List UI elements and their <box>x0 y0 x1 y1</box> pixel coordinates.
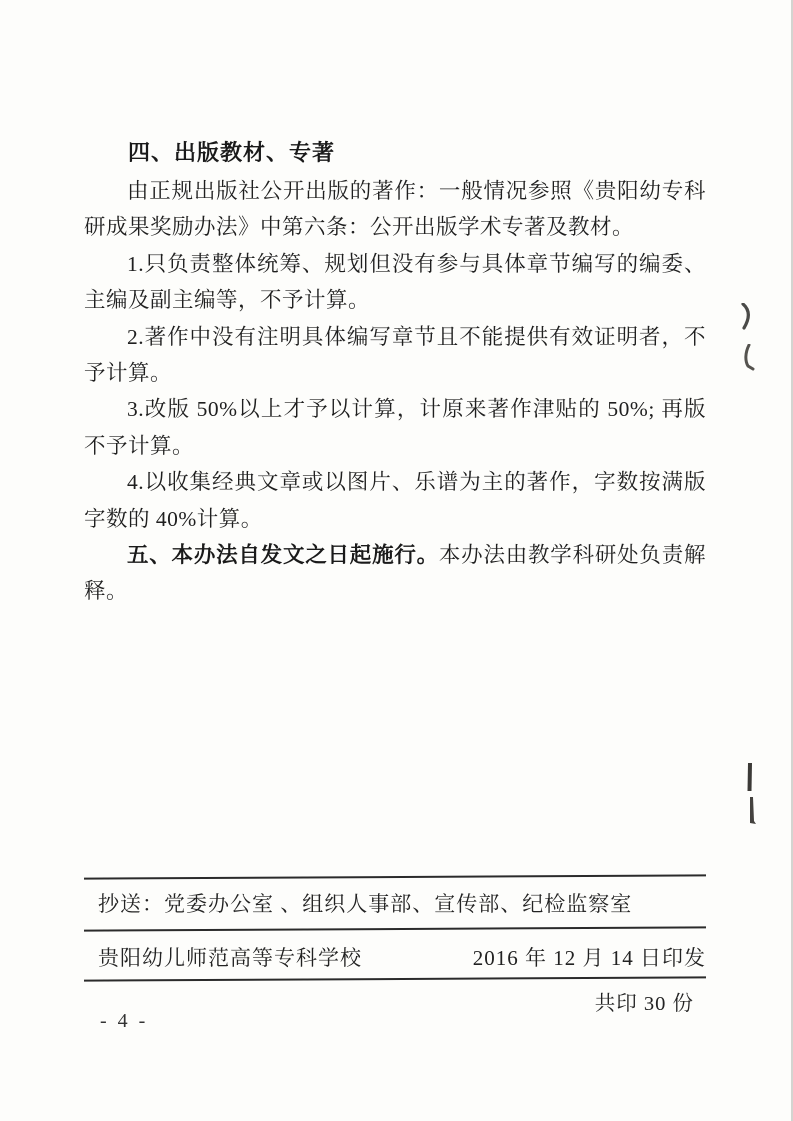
body-paragraph: 2.著作中没有注明具体编写章节且不能提供有效证明者，不予计算。 <box>84 319 706 392</box>
scan-artifact-mark <box>740 303 754 331</box>
closing-bold-text: 五、本办法自发文之日起施行。 <box>127 543 439 567</box>
print-date: 2016 年 12 月 14 日印发 <box>473 942 706 972</box>
footer-divider-bottom <box>84 976 706 981</box>
copies-count: 共印 30 份 <box>84 986 694 1016</box>
closing-paragraph: 五、本办法自发文之日起施行。本办法由教学科研处负责解释。 <box>84 537 706 610</box>
scan-artifact-mark <box>744 762 756 794</box>
document-body: 四、出版教材、专著 由正规出版社公开出版的著作：一般情况参照《贵阳幼专科研成果奖… <box>84 133 706 610</box>
footer-divider-top <box>84 874 706 879</box>
cc-distribution-line: 抄送：党委办公室 、组织人事部、宣传部、纪检监察室 <box>98 888 698 918</box>
issuing-school-name: 贵阳幼儿师范高等专科学校 <box>98 942 362 972</box>
scan-artifact-mark <box>742 344 756 372</box>
page-number: - 4 - <box>100 1010 148 1033</box>
footer-divider-middle <box>84 926 706 931</box>
section-heading: 四、出版教材、专著 <box>84 133 706 173</box>
body-paragraph: 3.改版 50%以上才予以计算，计原来著作津贴的 50%; 再版不予计算。 <box>84 391 706 464</box>
body-paragraph: 由正规出版社公开出版的著作：一般情况参照《贵阳幼专科研成果奖励办法》中第六条：公… <box>84 173 706 246</box>
body-paragraph: 4.以收集经典文章或以图片、乐谱为主的著作，字数按满版字数的 40%计算。 <box>84 464 706 537</box>
scan-artifact-mark <box>746 797 758 827</box>
scanned-document-page: 四、出版教材、专著 由正规出版社公开出版的著作：一般情况参照《贵阳幼专科研成果奖… <box>0 0 793 1121</box>
issuer-row: 贵阳幼儿师范高等专科学校 2016 年 12 月 14 日印发 <box>98 942 706 972</box>
body-paragraph: 1.只负责整体统筹、规划但没有参与具体章节编写的编委、主编及副主编等，不予计算。 <box>84 246 706 319</box>
